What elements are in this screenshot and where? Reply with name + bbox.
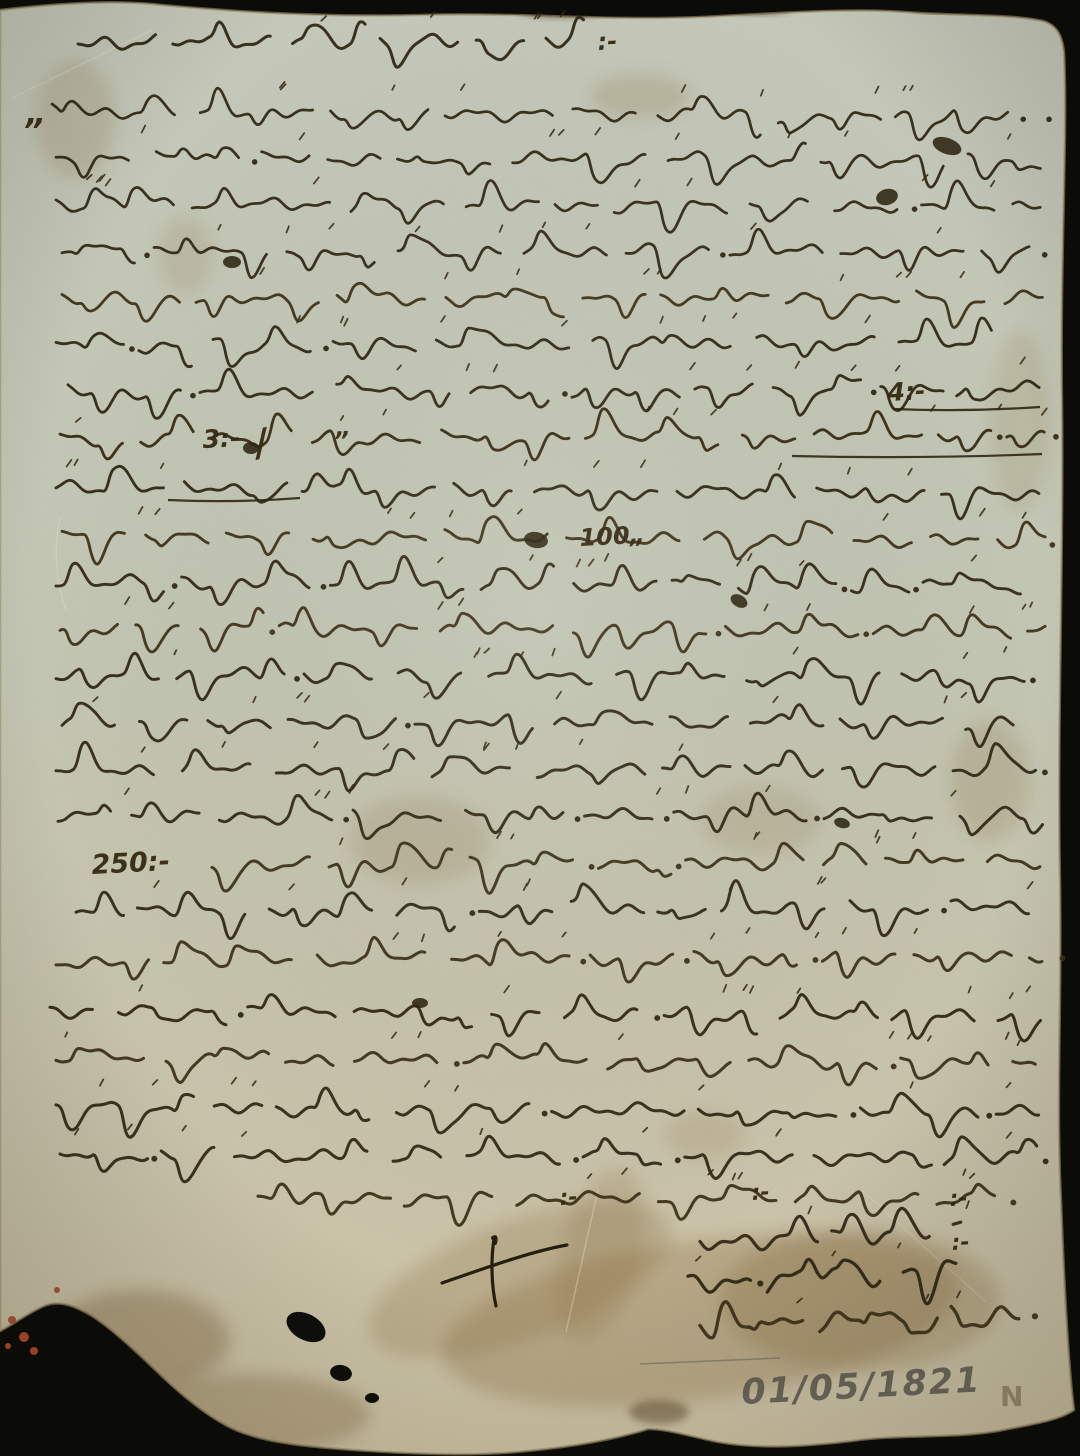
scan-backdrop: :-„4:-3:-/„100„250:-:-:-:-:- 01/05/1821 … bbox=[0, 0, 1080, 1456]
manuscript-scan: :-„4:-3:-/„100„250:-:-:-:-:- 01/05/1821 … bbox=[0, 0, 1080, 1456]
paper-grain-texture bbox=[0, 0, 1080, 1456]
